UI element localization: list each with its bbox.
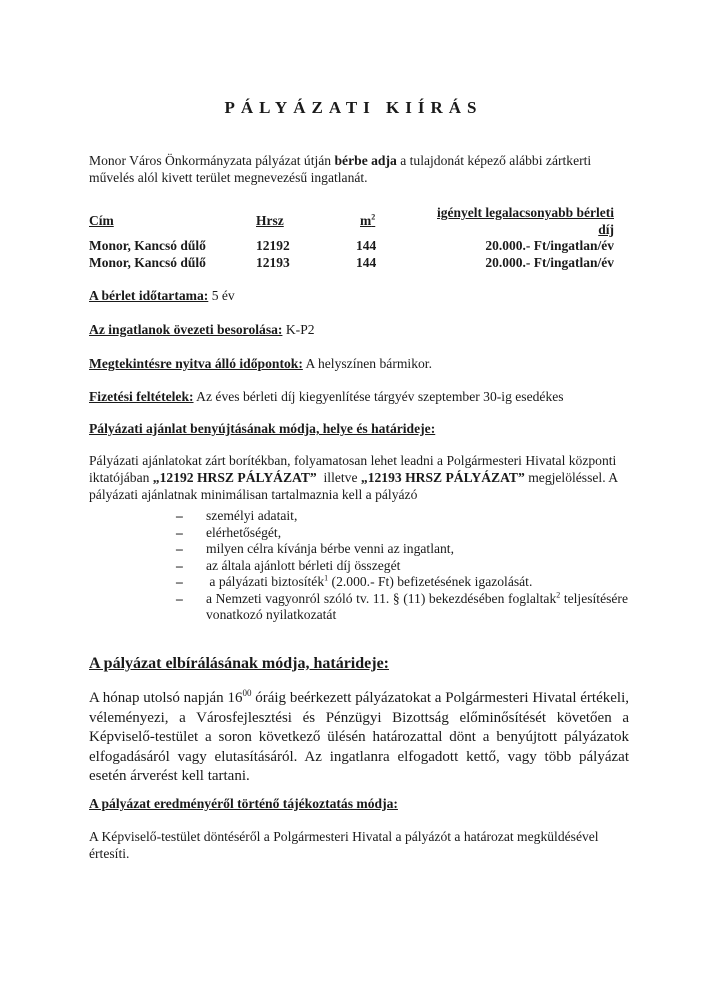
cell-address: Monor, Kancsó dűlő <box>89 255 256 272</box>
viewing-line: Megtekintésre nyitva álló időpontok: A h… <box>89 356 629 372</box>
header-min-fee: igényelt legalacsonyabb bérleti díj <box>422 205 614 238</box>
list-item: –elérhetőségét, <box>176 525 628 542</box>
list-item: –milyen célra kívánja bérbe venni az ing… <box>176 541 628 558</box>
requirement-text: a Nemzeti vagyonról szóló tv. 11. § (11)… <box>206 591 556 606</box>
property-table: Cím Hrsz m2 igényelt legalacsonyabb bérl… <box>89 205 614 271</box>
viewing-value: A helyszínen bármikor. <box>303 356 432 371</box>
cell-lot: 12193 <box>256 255 342 272</box>
evaluation-heading: A pályázat elbírálásának módja, határide… <box>89 655 389 673</box>
intro-paragraph: Monor Város Önkormányzata pályázat útján… <box>89 152 629 186</box>
submission-mark-12192: „12192 HRSZ PÁLYÁZAT” <box>153 470 317 485</box>
requirement-text: a pályázati biztosíték <box>206 574 324 589</box>
submission-heading: Pályázati ajánlat benyújtásának módja, h… <box>89 421 629 437</box>
lease-term-line: A bérlet időtartama: 5 év <box>89 288 629 304</box>
header-area-text: m <box>360 213 371 228</box>
dash-bullet-icon: – <box>176 591 183 608</box>
header-lot: Hrsz <box>256 205 342 238</box>
payment-value: Az éves bérleti díj kiegyenlítése tárgyé… <box>194 389 564 404</box>
table-header-row: Cím Hrsz m2 igényelt legalacsonyabb bérl… <box>89 205 614 238</box>
cell-area: 144 <box>342 255 422 272</box>
viewing-label: Megtekintésre nyitva álló időpontok: <box>89 356 303 371</box>
lease-term-label: A bérlet időtartama: <box>89 288 208 303</box>
list-item: – a pályázati biztosíték1 (2.000.- Ft) b… <box>176 574 628 591</box>
lease-term-value: 5 év <box>208 288 234 303</box>
requirement-text: elérhetőségét, <box>206 525 281 540</box>
list-item: –a Nemzeti vagyonról szóló tv. 11. § (11… <box>176 591 628 624</box>
dash-bullet-icon: – <box>176 558 183 575</box>
notification-paragraph: A Képviselő-testület döntéséről a Polgár… <box>89 828 629 862</box>
dash-bullet-icon: – <box>176 508 183 525</box>
cell-lot: 12192 <box>256 238 342 255</box>
dash-bullet-icon: – <box>176 541 183 558</box>
submission-text-2: illetve <box>317 470 361 485</box>
header-area-sup: 2 <box>371 213 375 222</box>
requirement-text: milyen célra kívánja bérbe venni az inga… <box>206 541 454 556</box>
dash-bullet-icon: – <box>176 574 183 591</box>
table-row: Monor, Kancsó dűlő 12192 144 20.000.- Ft… <box>89 238 614 255</box>
list-item: –az általa ajánlott bérleti díj összegét <box>176 558 628 575</box>
intro-bold: bérbe adja <box>335 153 397 168</box>
cell-area: 144 <box>342 238 422 255</box>
requirement-text: az általa ajánlott bérleti díj összegét <box>206 558 400 573</box>
intro-text: Monor Város Önkormányzata pályázat útján <box>89 153 335 168</box>
evaluation-text-1: A hónap utolsó napján 16 <box>89 690 242 706</box>
requirements-list: –személyi adatait, –elérhetőségét, –mily… <box>176 508 628 624</box>
table-row: Monor, Kancsó dűlő 12193 144 20.000.- Ft… <box>89 255 614 272</box>
document-page: PÁLYÁZATI KIÍRÁS Monor Város Önkormányza… <box>0 0 707 1000</box>
notification-heading: A pályázat eredményéről történő tájékozt… <box>89 796 629 812</box>
requirement-text-end: (2.000.- Ft) befizetésének igazolását. <box>328 574 532 589</box>
submission-mark-12193: „12193 HRSZ PÁLYÁZAT” <box>361 470 525 485</box>
header-address: Cím <box>89 205 256 238</box>
zoning-line: Az ingatlanok övezeti besorolása: K-P2 <box>89 322 629 338</box>
dash-bullet-icon: – <box>176 525 183 542</box>
zoning-value: K-P2 <box>282 322 314 337</box>
list-item: –személyi adatait, <box>176 508 628 525</box>
payment-line: Fizetési feltételek: Az éves bérleti díj… <box>89 389 629 405</box>
page-title: PÁLYÁZATI KIÍRÁS <box>0 98 707 118</box>
requirement-text: személyi adatait, <box>206 508 297 523</box>
header-area: m2 <box>342 205 422 238</box>
payment-label: Fizetési feltételek: <box>89 389 194 404</box>
cell-min-fee: 20.000.- Ft/ingatlan/év <box>422 255 614 272</box>
submission-paragraph: Pályázati ajánlatokat zárt borítékban, f… <box>89 452 629 503</box>
evaluation-paragraph: A hónap utolsó napján 1600 óráig beérkez… <box>89 689 629 787</box>
cell-address: Monor, Kancsó dűlő <box>89 238 256 255</box>
zoning-label: Az ingatlanok övezeti besorolása: <box>89 322 282 337</box>
cell-min-fee: 20.000.- Ft/ingatlan/év <box>422 238 614 255</box>
